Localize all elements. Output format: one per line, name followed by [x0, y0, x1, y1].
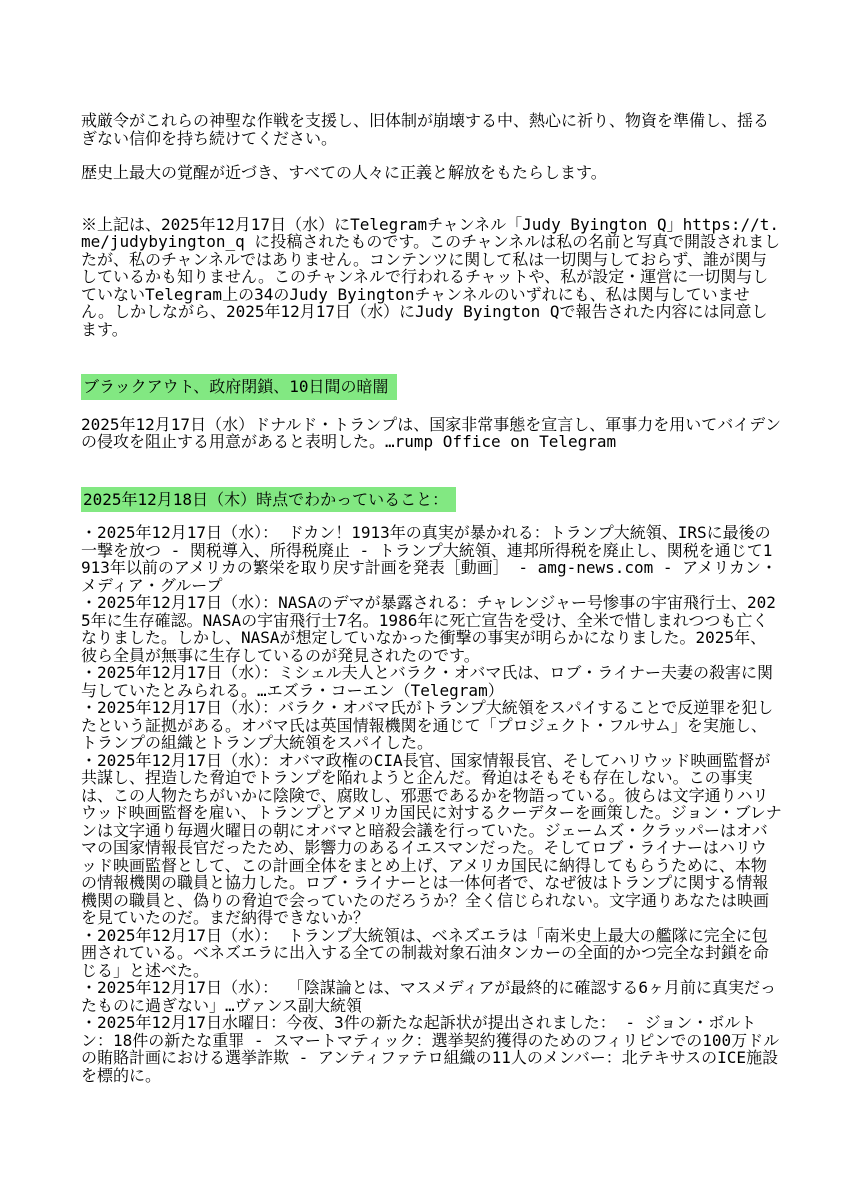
news-item: ・2025年12月17日（水）：オバマ政権のCIA長官、国家情報長官、そしてハリ… [81, 752, 782, 927]
news-item: ・2025年12月17日（水）： 「陰謀論とは、マスメディアが最終的に確認する6… [81, 979, 782, 1014]
section-heading-known-facts: 2025年12月18日（木）時点でわかっていること： [81, 487, 456, 513]
section-heading-blackout: ブラックアウト、政府閉鎖、10日間の暗闇 [81, 374, 397, 400]
disclaimer-paragraph: ※上記は、2025年12月17日（水）にTelegramチャンネル「Judy B… [81, 216, 782, 339]
document-page: { "page": { "background": "#ffffff", "te… [0, 0, 848, 1200]
news-item: ・2025年12月17日（水）： トランプ大統領は、ベネズエラは「南米史上最大の… [81, 927, 782, 980]
news-item: ・2025年12月17日（水）：ミシェル夫人とバラク・オバマ氏は、ロブ・ライナー… [81, 664, 782, 699]
section-known-facts: 2025年12月18日（木）時点でわかっていること： [81, 487, 782, 513]
intro-paragraph-1: 戒厳令がこれらの神聖な作戦を支援し、旧体制が崩壊する中、熱心に祈り、物資を準備し… [81, 112, 782, 147]
document-body: 戒厳令がこれらの神聖な作戦を支援し、旧体制が崩壊する中、熱心に祈り、物資を準備し… [81, 112, 782, 1084]
news-item: ・2025年12月17日（水）： ドカン！1913年の真実が暴かれる：トランプ大… [81, 524, 782, 594]
section-blackout-body: 2025年12月17日（水）ドナルド・トランプは、国家非常事態を宣言し、軍事力を… [81, 416, 782, 451]
section-blackout: ブラックアウト、政府閉鎖、10日間の暗闇 [81, 374, 782, 400]
news-list: ・2025年12月17日（水）： ドカン！1913年の真実が暴かれる：トランプ大… [81, 524, 782, 1084]
news-item: ・2025年12月17日（水）：バラク・オバマ氏がトランプ大統領をスパイすること… [81, 699, 782, 752]
intro-paragraph-2: 歴史上最大の覚醒が近づき、すべての人々に正義と解放をもたらします。 [81, 164, 782, 182]
news-item: ・2025年12月17日（水）：NASAのデマが暴露される：チャレンジャー号惨事… [81, 594, 782, 664]
news-item: ・2025年12月17日水曜日：今夜、3件の新たな起訴状が提出されました： - … [81, 1014, 782, 1084]
